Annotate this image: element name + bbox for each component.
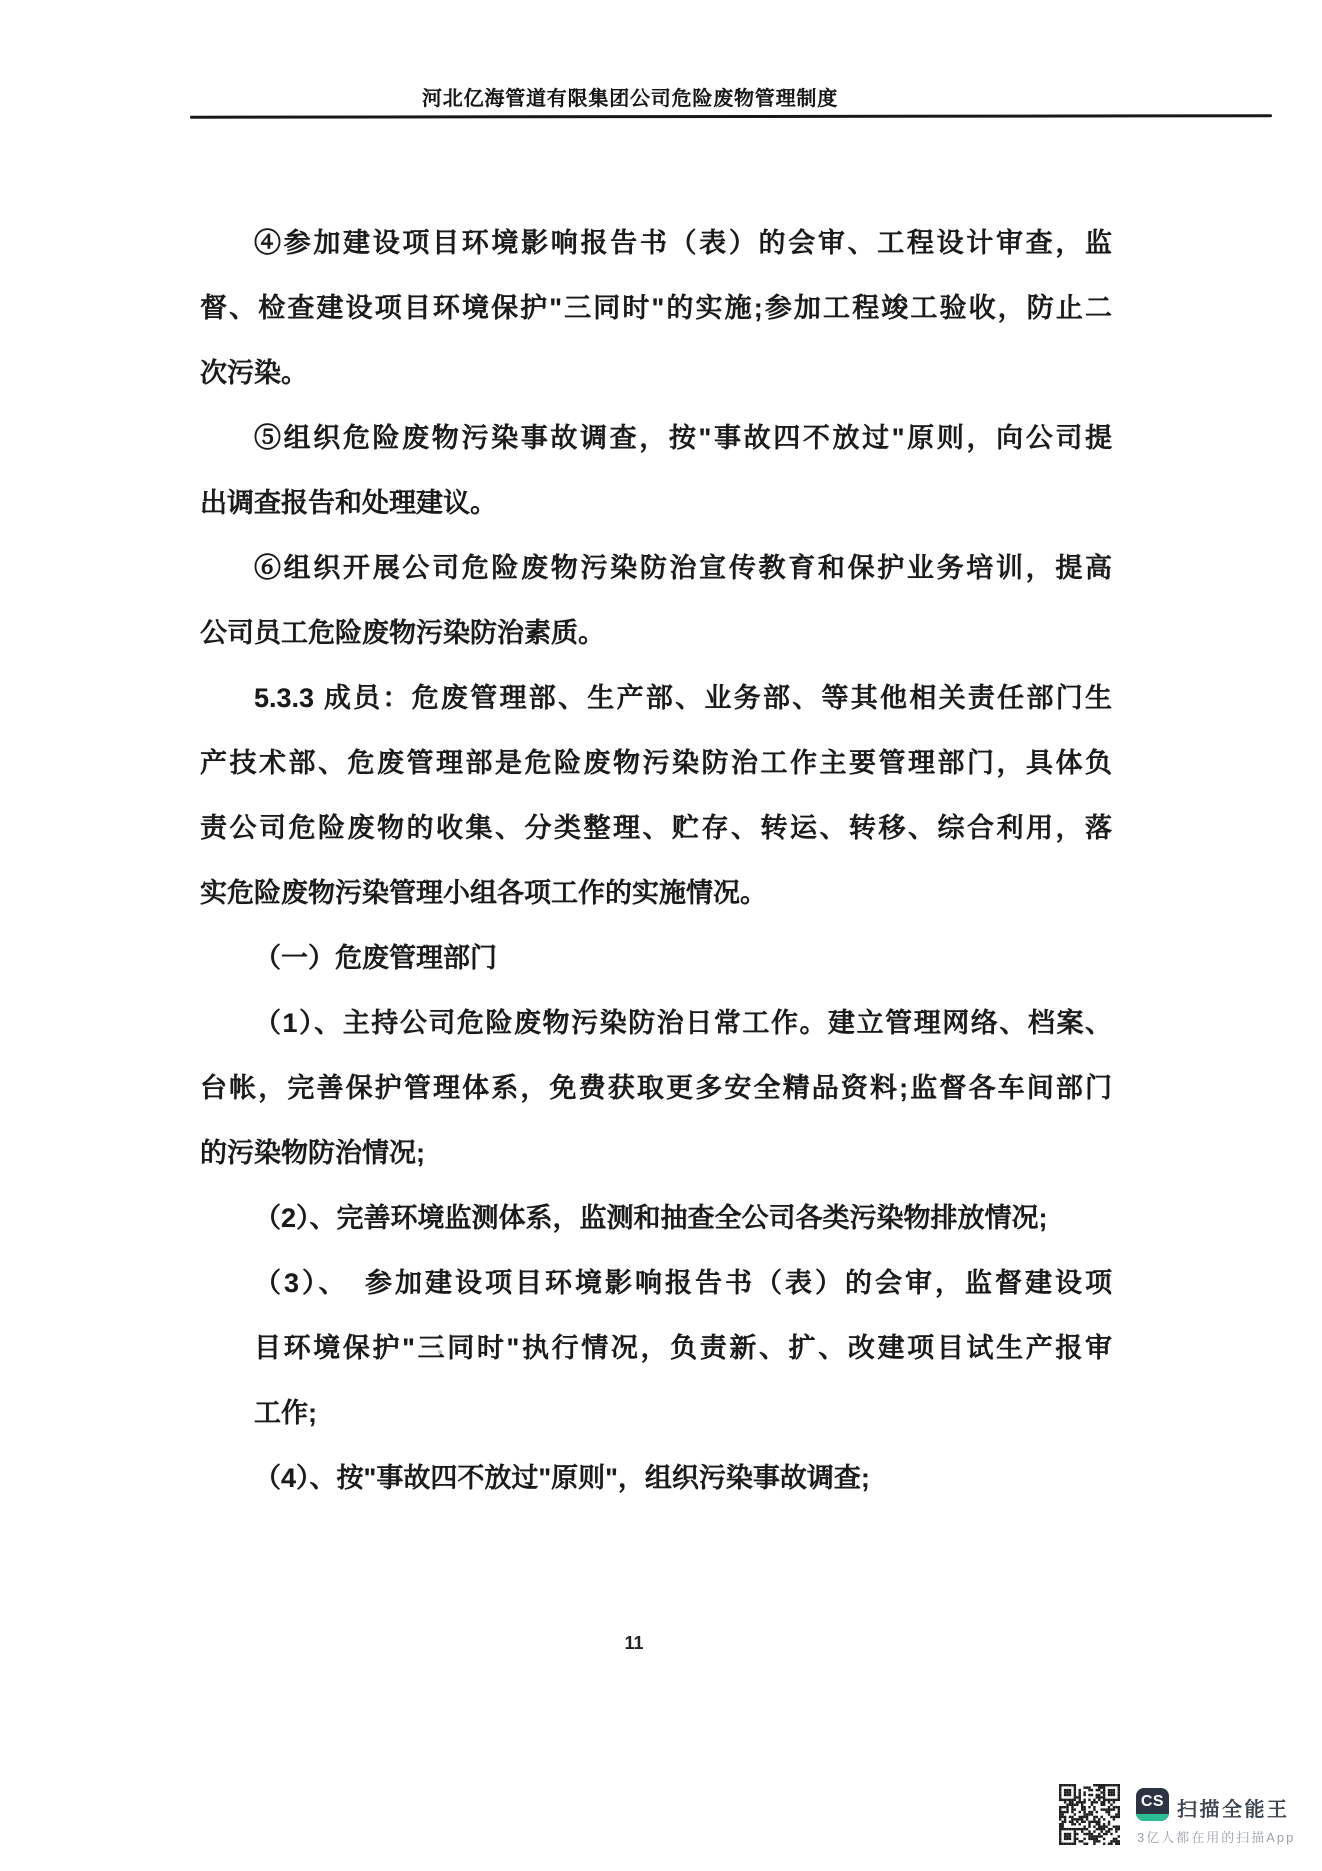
camscanner-logo-accent-bar — [1136, 1814, 1169, 1821]
text-line: ④参加建设项目环境影响报告书（表）的会审、工程设计审查，监 — [200, 211, 1112, 276]
camscanner-tagline: 3亿人都在用的扫描App — [1137, 1827, 1295, 1846]
text-line: 次污染。 — [200, 341, 1112, 406]
text-line: 督、检查建设项目环境保护"三同时"的实施;参加工程竣工验收，防止二 — [200, 276, 1112, 341]
text-line: 实危险废物污染管理小组各项工作的实施情况。 — [200, 861, 1112, 926]
text-line: （一）危废管理部门 — [200, 926, 1112, 991]
camscanner-logo-icon: CS — [1136, 1788, 1169, 1821]
document-header-title: 河北亿海管道有限集团公司危险废物管理制度 — [422, 82, 838, 111]
text-line: 台帐，完善保护管理体系，免费获取更多安全精品资料;监督各车间部门 — [200, 1056, 1112, 1121]
text-line: ⑤组织危险废物污染事故调查，按"事故四不放过"原则，向公司提 — [200, 406, 1112, 471]
scanned-document-page: 河北亿海管道有限集团公司危险废物管理制度 ④参加建设项目环境影响报告书（表）的会… — [0, 0, 1322, 1871]
text-line: （3）、 参加建设项目环境影响报告书（表）的会审，监督建设项 — [200, 1251, 1112, 1316]
text-line: （1）、主持公司危险废物污染防治日常工作。建立管理网络、档案、 — [200, 991, 1112, 1056]
header-rule — [190, 114, 1272, 119]
text-line: 公司员工危险废物污染防治素质。 — [200, 601, 1112, 666]
text-line: 出调查报告和处理建议。 — [200, 471, 1112, 536]
camscanner-logo-text: CS — [1136, 1788, 1169, 1815]
page-number: 11 — [0, 1633, 1268, 1654]
text-line: 产技术部、危废管理部是危险废物污染防治工作主要管理部门，具体负 — [200, 731, 1112, 796]
text-line: （4）、按"事故四不放过"原则"，组织污染事故调查; — [200, 1446, 1112, 1511]
scan-artifact-dot — [438, 1350, 442, 1354]
text-line: 责公司危险废物的收集、分类整理、贮存、转运、转移、综合利用，落 — [200, 796, 1112, 861]
text-line: （2）、完善环境监测体系，监测和抽查全公司各类污染物排放情况; — [200, 1186, 1112, 1251]
text-line: 工作; — [200, 1381, 1112, 1446]
camscanner-app-name: 扫描全能王 — [1177, 1793, 1290, 1822]
text-line: 的污染物防治情况; — [200, 1121, 1112, 1186]
text-line: 目环境保护"三同时"执行情况，负责新、扩、改建项目试生产报审 — [200, 1316, 1112, 1381]
text-line: ⑥组织开展公司危险废物污染防治宣传教育和保护业务培训，提高 — [200, 536, 1112, 601]
qr-code-svg — [1059, 1783, 1120, 1846]
text-line: 5.3.3 成员：危废管理部、生产部、业务部、等其他相关责任部门生 — [200, 666, 1112, 731]
qr-code-icon — [1059, 1783, 1120, 1846]
document-body: ④参加建设项目环境影响报告书（表）的会审、工程设计审查，监督、检查建设项目环境保… — [200, 211, 1112, 1511]
